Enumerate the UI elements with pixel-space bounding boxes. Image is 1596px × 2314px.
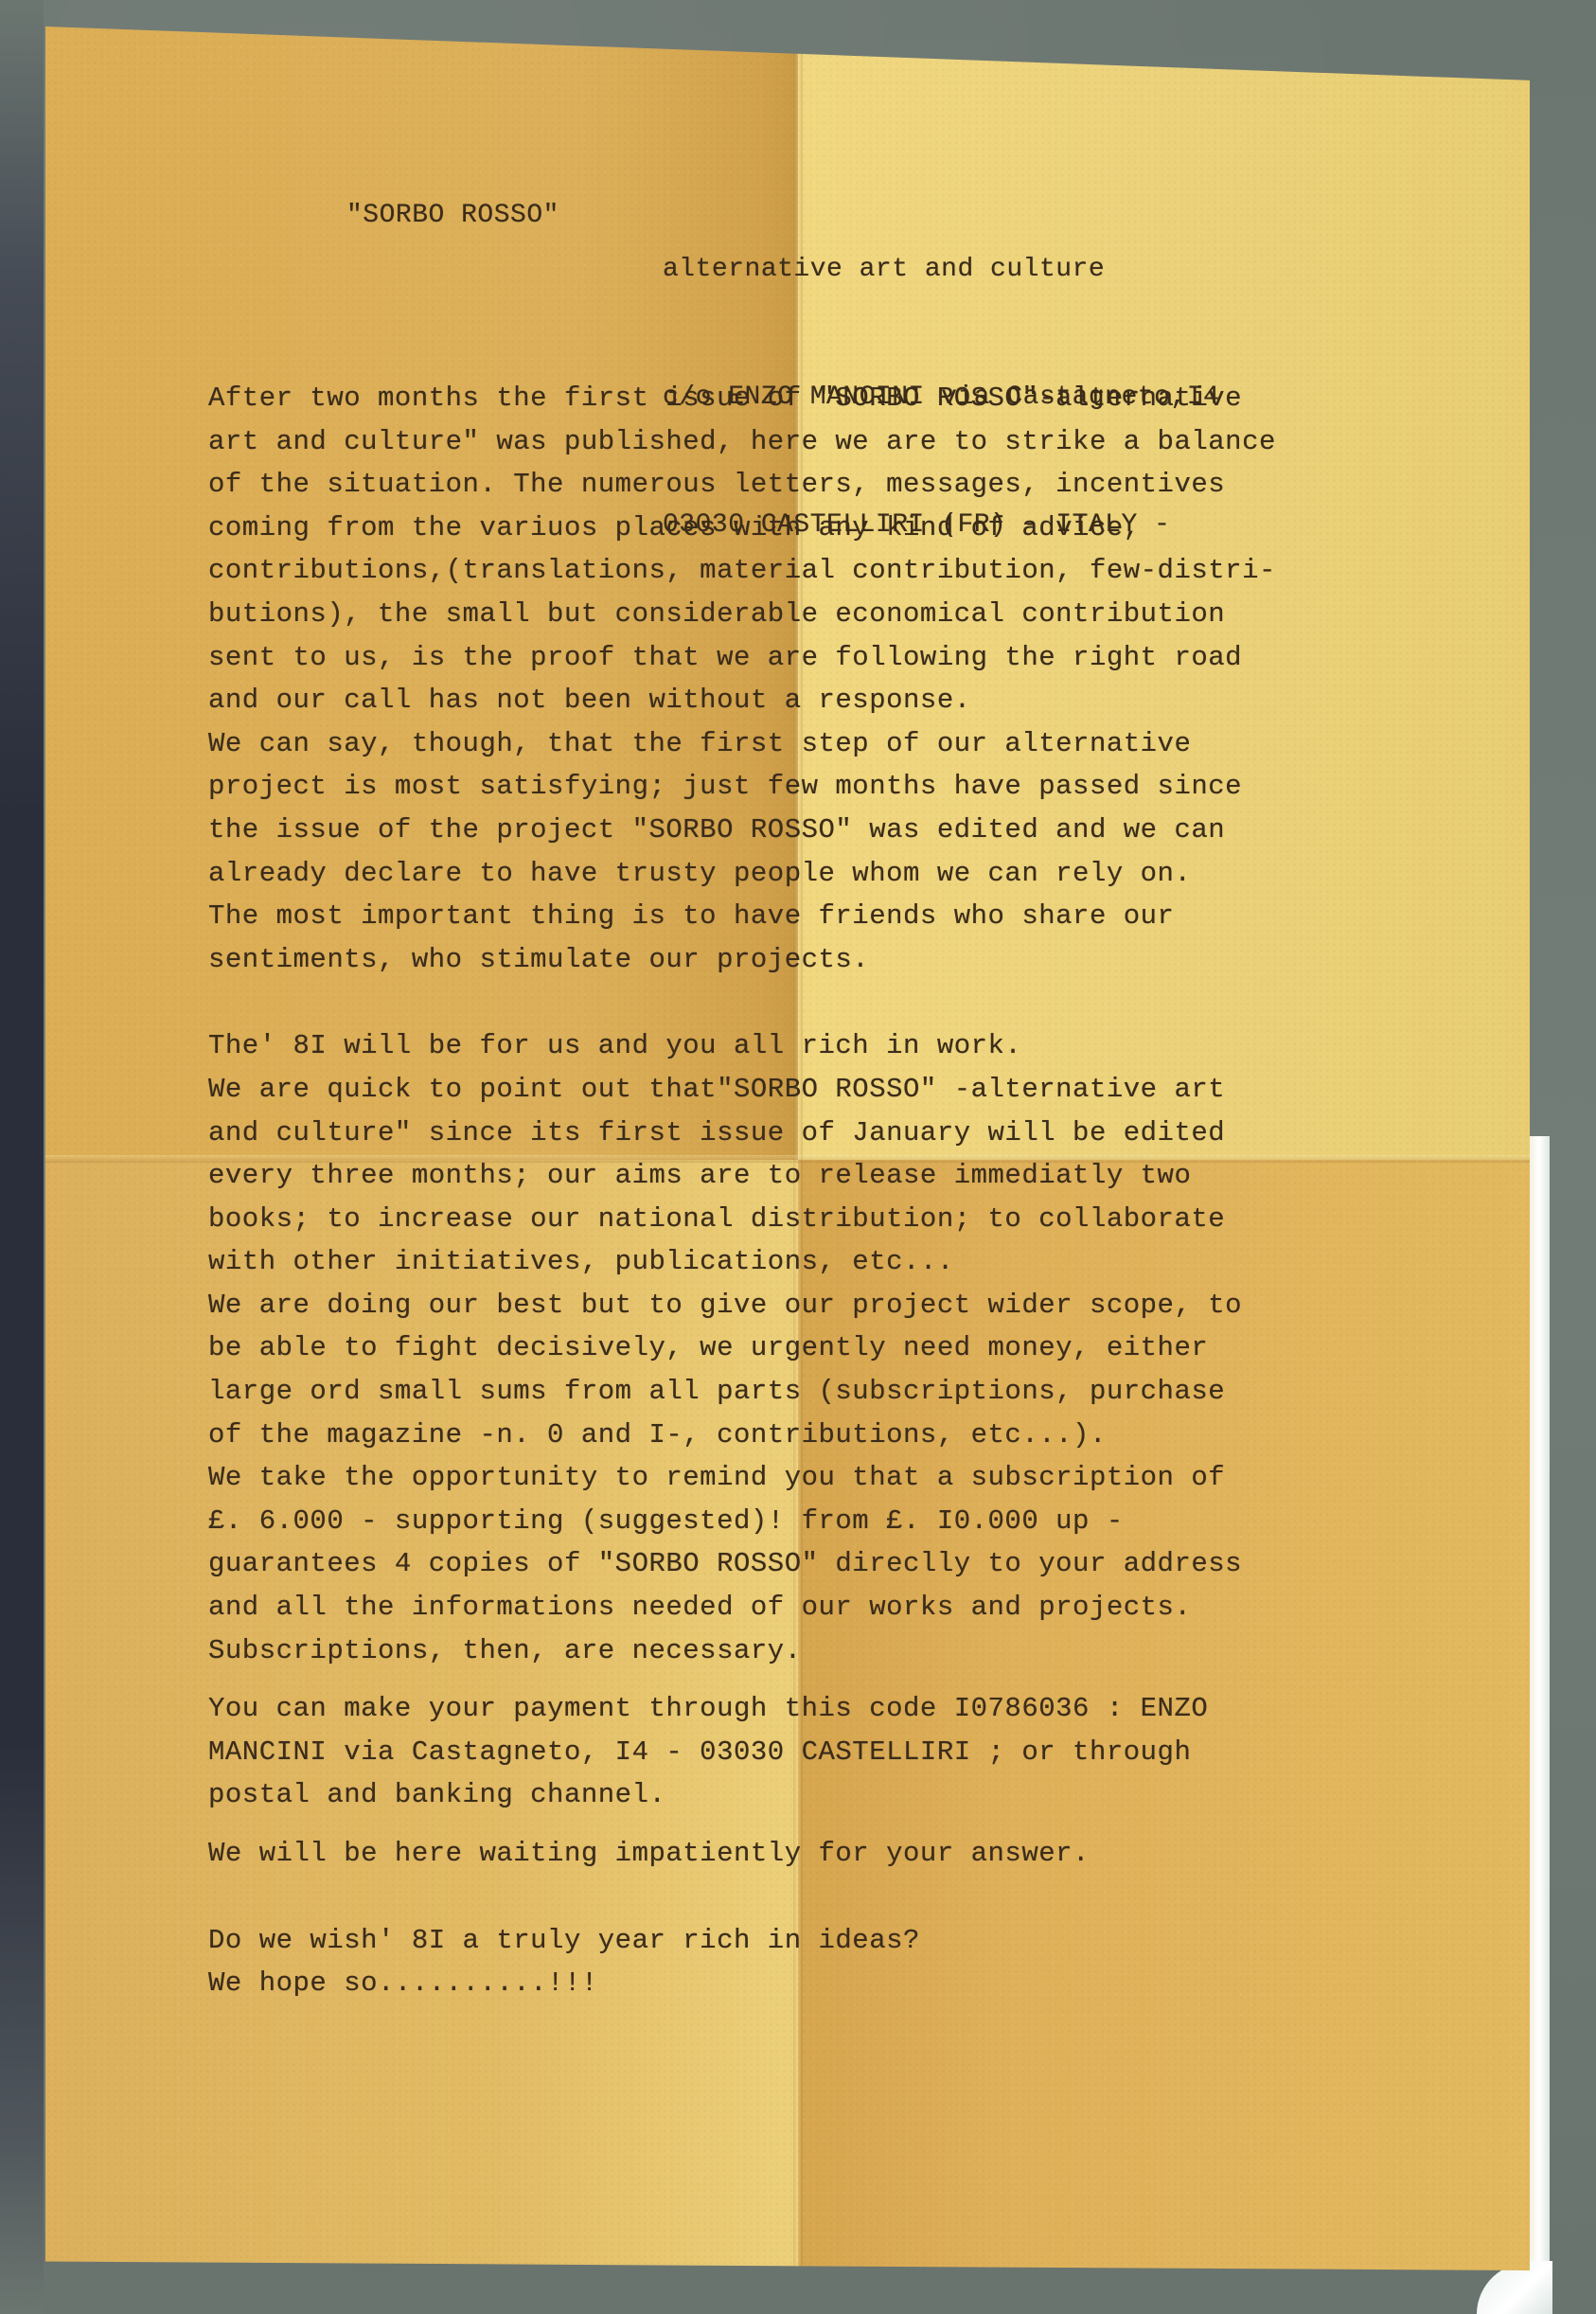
typed-line: with other initiatives, publications, et… [208, 1240, 1363, 1284]
typed-line: We are quick to point out that"SORBO ROS… [208, 1068, 1363, 1112]
typed-line: We take the opportunity to remind you th… [208, 1456, 1363, 1500]
paragraph-spacer [208, 981, 1363, 1024]
typed-line: books; to increase our national distribu… [208, 1198, 1363, 1241]
typed-line: £. 6.000 - supporting (suggested)! from … [208, 1500, 1363, 1543]
typed-line: We can say, though, that the first step … [208, 722, 1363, 766]
typed-line: The most important thing is to have frie… [208, 895, 1363, 938]
typed-line: contributions,(translations, material co… [208, 549, 1363, 593]
letterhead-name: "SORBO ROSSO" [346, 201, 559, 230]
typed-line: You can make your payment through this c… [208, 1687, 1363, 1731]
typed-line: MANCINI via Castagneto, I4 - 03030 CASTE… [208, 1731, 1363, 1774]
typed-line: be able to fight decisively, we urgently… [208, 1326, 1363, 1370]
typed-line: art and culture" was published, here we … [208, 420, 1363, 464]
paragraph-spacer [208, 1672, 1363, 1687]
address-line: alternative art and culture [663, 248, 1219, 291]
typed-line: coming from the variuos places with any … [208, 507, 1363, 550]
typed-line: and our call has not been without a resp… [208, 679, 1363, 722]
typed-line: The' 8I will be for us and you all rich … [208, 1024, 1363, 1068]
typed-line: Do we wish' 8I a truly year rich in idea… [208, 1919, 1363, 1963]
typed-line: the issue of the project "SORBO ROSSO" w… [208, 809, 1363, 852]
typed-line: and all the informations needed of our w… [208, 1586, 1363, 1629]
typed-line: We are doing our best but to give our pr… [208, 1284, 1363, 1327]
typed-line: of the magazine -n. 0 and I-, contributi… [208, 1414, 1363, 1457]
typed-line: After two months the first issue of "SOR… [208, 377, 1363, 420]
typed-line: of the situation. The numerous letters, … [208, 463, 1363, 507]
typed-line: project is most satisfying; just few mon… [208, 765, 1363, 809]
typed-line: sentiments, who stimulate our projects. [208, 938, 1363, 982]
typed-line: Subscriptions, then, are necessary. [208, 1629, 1363, 1673]
underlying-white-sheet [1529, 1136, 1550, 2314]
paragraph-spacer [208, 1876, 1363, 1919]
left-shadow [0, 0, 44, 2314]
letter-paragraph: After two months the first issue of "SOR… [208, 377, 1363, 981]
letter-paragraph: Do we wish' 8I a truly year rich in idea… [208, 1919, 1363, 2005]
typed-line: postal and banking channel. [208, 1773, 1363, 1817]
paragraph-spacer [208, 1817, 1363, 1832]
typed-line: and culture" since its first issue of Ja… [208, 1112, 1363, 1155]
letter-paragraph: The' 8I will be for us and you all rich … [208, 1024, 1363, 1672]
typed-line: every three months; our aims are to rele… [208, 1154, 1363, 1198]
typed-line: butions), the small but considerable eco… [208, 593, 1363, 636]
typed-line: large ord small sums from all parts (sub… [208, 1370, 1363, 1414]
typed-line: We will be here waiting impatiently for … [208, 1832, 1363, 1876]
typed-line: We hope so..........!!! [208, 1962, 1363, 2005]
typed-line: already declare to have trusty people wh… [208, 852, 1363, 896]
letter-body: After two months the first issue of "SOR… [208, 377, 1363, 2005]
typed-line: sent to us, is the proof that we are fol… [208, 636, 1363, 680]
letter-paragraph: We will be here waiting impatiently for … [208, 1832, 1363, 1876]
typed-line: guarantees 4 copies of "SORBO ROSSO" dir… [208, 1542, 1363, 1586]
letter-paragraph: You can make your payment through this c… [208, 1687, 1363, 1817]
